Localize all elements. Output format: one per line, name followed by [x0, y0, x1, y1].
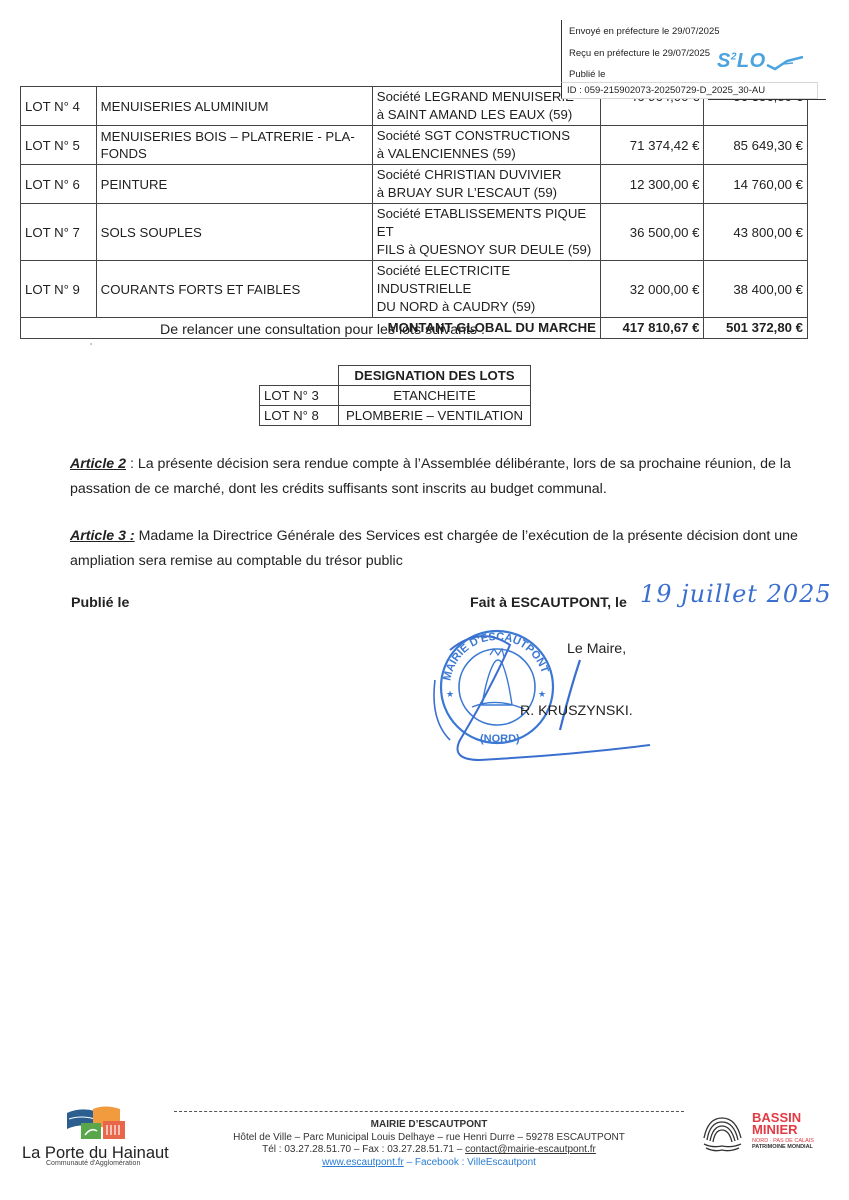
lot-company: Société SGT CONSTRUCTIONSà VALENCIENNES …	[372, 126, 600, 165]
table-header-row: DESIGNATION DES LOTS	[260, 366, 531, 386]
company-name: Société ETABLISSEMENTS PIQUE ET	[377, 206, 586, 239]
footer-email-link[interactable]: contact@mairie-escautpont.fr	[465, 1144, 596, 1155]
total-ht: 417 810,67 €	[600, 318, 704, 339]
logo-left-sub: Communauté d'Agglomération	[46, 1160, 140, 1167]
lot-designation: MENUISERIES ALUMINIUM	[96, 87, 372, 126]
relance-table: DESIGNATION DES LOTS LOT N° 3 ETANCHEITE…	[259, 365, 531, 426]
article-3-text: Madame la Directrice Générale des Servic…	[70, 528, 798, 569]
company-location: FILS à QUESNOY SUR DEULE (59)	[377, 242, 591, 257]
lot-number: LOT N° 9	[21, 261, 97, 318]
table-row: LOT N° 7 SOLS SOUPLES Société ETABLISSEM…	[21, 204, 808, 261]
table-row: LOT N° 8 PLOMBERIE – VENTILATION	[260, 406, 531, 426]
lot-number: LOT N° 4	[21, 87, 97, 126]
lot-designation: PLOMBERIE – VENTILATION	[339, 406, 531, 426]
amount-ht: 32 000,00 €	[600, 261, 704, 318]
company-name: Société ELECTRICITE INDUSTRIELLE	[377, 263, 510, 296]
footer-phone-fax: Tél : 03.27.28.51.70 – Fax : 03.27.28.51…	[262, 1144, 465, 1155]
lot-designation: ETANCHEITE	[339, 386, 531, 406]
footer-address-block: MAIRIE D’ESCAUTPONT Hôtel de Ville – Par…	[174, 1119, 684, 1169]
amount-ht: 71 374,42 €	[600, 126, 704, 165]
relance-intro: De relancer une consultation pour les lo…	[160, 322, 485, 338]
stamp-recu: Reçu en préfecture le 29/07/2025	[569, 48, 710, 59]
company-location: à VALENCIENNES (59)	[377, 146, 516, 161]
empty-cell	[260, 366, 339, 386]
amount-ttc: 85 649,30 €	[704, 126, 808, 165]
stamp-publie: Publié le	[569, 69, 605, 80]
amount-ttc: 43 800,00 €	[704, 204, 808, 261]
s2lo-checkmark-icon	[765, 55, 805, 71]
lot-number: LOT N° 5	[21, 126, 97, 165]
lot-designation: PEINTURE	[96, 165, 372, 204]
relance-header: DESIGNATION DES LOTS	[339, 366, 531, 386]
company-name: Société LEGRAND MENUISERIE	[377, 89, 574, 104]
maire-name: R. KRUSZYNSKI.	[520, 703, 633, 719]
lot-company: Société ELECTRICITE INDUSTRIELLEDU NORD …	[372, 261, 600, 318]
article-2-separator: :	[126, 456, 138, 472]
article-2-text: La présente décision sera rendue compte …	[70, 456, 791, 497]
amount-ht: 36 500,00 €	[600, 204, 704, 261]
logo-right-name: BASSIN MINIER	[752, 1112, 801, 1136]
amount-ttc: 38 400,00 €	[704, 261, 808, 318]
stamp-id: ID : 059-215902073-20250729-D_2025_30-AU	[561, 82, 818, 99]
table-row: LOT N° 3 ETANCHEITE	[260, 386, 531, 406]
logo-right-line2: MINIER	[752, 1124, 801, 1136]
maire-title: Le Maire,	[567, 641, 626, 657]
lot-number: LOT N° 8	[260, 406, 339, 426]
table-row: LOT N° 6 PEINTURE Société CHRISTIAN DUVI…	[21, 165, 808, 204]
scan-speck	[90, 343, 92, 345]
publie-label: Publié le	[71, 595, 129, 611]
awards-table: LOT N° 4 MENUISERIES ALUMINIUM Société L…	[20, 86, 808, 339]
article-3: Article 3 : Madame la Directrice Général…	[70, 524, 815, 573]
table-row: LOT N° 9 COURANTS FORTS ET FAIBLES Socié…	[21, 261, 808, 318]
footer-divider	[174, 1111, 684, 1112]
footer-website-link[interactable]: www.escautpont.fr	[322, 1157, 404, 1168]
company-location: à SAINT AMAND LES EAUX (59)	[377, 107, 572, 122]
lot-designation: MENUISERIES BOIS – PLATRERIE - PLA-FONDS	[96, 126, 372, 165]
amount-ttc: 14 760,00 €	[704, 165, 808, 204]
lot-number: LOT N° 3	[260, 386, 339, 406]
lot-company: Société ETABLISSEMENTS PIQUE ETFILS à QU…	[372, 204, 600, 261]
bassin-minier-logo-icon	[700, 1110, 745, 1155]
total-ttc: 501 372,80 €	[704, 318, 808, 339]
s2lo-logo: S2LO	[717, 50, 766, 73]
lot-company: Société CHRISTIAN DUVIVIERà BRUAY SUR L’…	[372, 165, 600, 204]
lot-designation: SOLS SOUPLES	[96, 204, 372, 261]
designation-line1: MENUISERIES BOIS – PLATRERIE - PLA-	[101, 128, 368, 145]
article-2-label: Article 2	[70, 456, 126, 472]
logo-right-sub2: PATRIMOINE MONDIAL	[752, 1144, 813, 1150]
amount-ht: 12 300,00 €	[600, 165, 704, 204]
table-row: LOT N° 5 MENUISERIES BOIS – PLATRERIE - …	[21, 126, 808, 165]
footer-facebook[interactable]: – Facebook : VilleEscautpont	[404, 1157, 536, 1168]
stamp-envoye: Envoyé en préfecture le 29/07/2025	[569, 26, 720, 37]
company-name: Société CHRISTIAN DUVIVIER	[377, 167, 562, 182]
footer-contact: Tél : 03.27.28.51.70 – Fax : 03.27.28.51…	[174, 1144, 684, 1157]
handwritten-date: 19 juillet 2025	[640, 580, 832, 608]
company-location: à BRUAY SUR L’ESCAUT (59)	[377, 185, 557, 200]
lot-number: LOT N° 7	[21, 204, 97, 261]
lot-designation: COURANTS FORTS ET FAIBLES	[96, 261, 372, 318]
company-name: Société SGT CONSTRUCTIONS	[377, 128, 570, 143]
company-location: DU NORD à CAUDRY (59)	[377, 299, 536, 314]
stamp-divider	[708, 99, 826, 100]
lot-number: LOT N° 6	[21, 165, 97, 204]
footer-address: Hôtel de Ville – Parc Municipal Louis De…	[174, 1132, 684, 1145]
fait-label: Fait à ESCAUTPONT, le	[470, 595, 627, 611]
article-3-label: Article 3 :	[70, 528, 135, 544]
article-2: Article 2 : La présente décision sera re…	[70, 452, 815, 501]
footer-title: MAIRIE D’ESCAUTPONT	[174, 1119, 684, 1132]
designation-line2: FONDS	[101, 145, 368, 162]
footer-web: www.escautpont.fr – Facebook : VilleEsca…	[174, 1157, 684, 1170]
